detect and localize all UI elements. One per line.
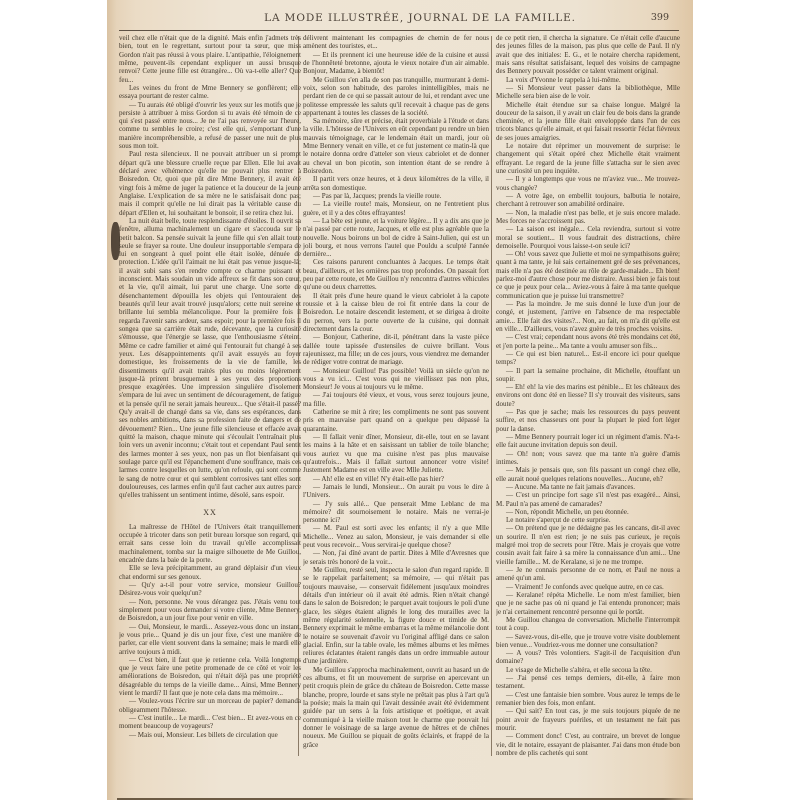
paragraph: — Je ne connais personne de ce nom, et P… bbox=[496, 566, 680, 583]
paragraph: — Non, j'ai dîné avant de partir. Dites … bbox=[303, 549, 489, 566]
paragraph: — Oui, Monsieur, le mardi... Asseyez-vou… bbox=[119, 623, 301, 656]
text-column-left: veil chez elle n'était que de la dignité… bbox=[119, 34, 301, 792]
paragraph: Me Guillou s'approcha machinalement, ouv… bbox=[303, 666, 489, 749]
paragraph: La nuit était belle, toute resplendissan… bbox=[119, 217, 301, 500]
paragraph: Le notaire s'aperçut de cette surprise. bbox=[496, 516, 680, 524]
paragraph: — La saison est inégale... Cela reviendr… bbox=[496, 225, 680, 250]
paragraph: — Bonjour, Catherine, dit-il, pénétrant … bbox=[303, 333, 489, 366]
paragraph: — C'est une fantaisie bien sombre. Vous … bbox=[496, 691, 680, 708]
paragraph: délivrent maintenant les compagnies de c… bbox=[303, 34, 489, 51]
paragraph: — A votre âge, on embellit toujours, bal… bbox=[496, 192, 680, 209]
paragraph: Le notaire dut réprimer un mouvement de … bbox=[496, 142, 680, 175]
paragraph: — Comment donc! C'est, au contraire, un … bbox=[496, 732, 680, 757]
paragraph: — A vous? Très volontiers. S'agit-il de … bbox=[496, 649, 680, 666]
paragraph: — J'ai pensé ces temps derniers, dit-ell… bbox=[496, 674, 680, 691]
paragraph: — C'est inutile... Le mardi... C'est bie… bbox=[119, 714, 301, 731]
paragraph: — Il part la semaine prochaine, dit Mich… bbox=[496, 367, 680, 384]
paragraph: — Keralane! répéta Michelle. Le nom m'es… bbox=[496, 591, 680, 616]
paragraph: Il partit vers onze heures, et à deux ki… bbox=[303, 175, 489, 192]
paragraph: — Non, répondit Michelle, un peu étonnée… bbox=[496, 508, 680, 516]
paragraph: Les veines du front de Mme Bennery se go… bbox=[119, 84, 301, 101]
paragraph: — Il fallait venir dîner, Monsieur, dit-… bbox=[303, 433, 489, 475]
column-body-continued: La maîtresse de l'Hôtel de l'Univers éta… bbox=[119, 523, 301, 739]
paragraph: — Voulez-vous l'écrire sur un morceau de… bbox=[119, 697, 301, 714]
paragraph: — M. Paul est sorti avec les enfants; il… bbox=[303, 524, 489, 549]
paragraph: — Pas la moindre. Je me suis donné le lu… bbox=[496, 300, 680, 333]
journal-title: LA MODE ILLUSTRÉE, JOURNAL DE LA FAMILLE… bbox=[264, 12, 576, 24]
paragraph: — Mais oui, Monsieur. Les billets de cir… bbox=[119, 731, 301, 739]
text-column-right: de ce petit rien, il chercha la signatur… bbox=[496, 34, 680, 792]
paragraph: — Savez-vous, dit-elle, que je trouve vo… bbox=[496, 633, 680, 650]
column-body: de ce petit rien, il chercha la signatur… bbox=[496, 34, 680, 757]
paragraph: — Ah! elle est en ville! N'y était-elle … bbox=[303, 475, 489, 483]
paragraph: — J'ai toujours été vieux, et vous, vous… bbox=[303, 391, 489, 408]
column-divider bbox=[491, 36, 492, 756]
paragraph: de ce petit rien, il chercha la signatur… bbox=[496, 34, 680, 76]
paragraph: — Qu'y a-t-il pour votre service, monsie… bbox=[119, 581, 301, 598]
paragraph: Ces raisons parurent concluantes à Jacqu… bbox=[303, 258, 489, 291]
paragraph: — J'y suis allé... Que penserait Mme Leb… bbox=[303, 500, 489, 525]
chapter-heading: XX bbox=[119, 509, 301, 517]
paragraph: — La bête est jeune, et la voiture légèr… bbox=[303, 217, 489, 259]
running-header: LA MODE ILLUSTRÉE, JOURNAL DE LA FAMILLE… bbox=[121, 12, 679, 28]
paragraph: — C'est vrai; cependant nous avons été t… bbox=[496, 333, 680, 350]
paragraph: — Oh! vous savez que Juliette et moi ne … bbox=[496, 250, 680, 300]
page-number: 399 bbox=[651, 12, 669, 23]
paragraph: Sa mémoire, sûre et précise, était prove… bbox=[303, 117, 489, 175]
paragraph: — Mme Bennery pourrait loger ici un régi… bbox=[496, 433, 680, 450]
paragraph: Le visage de Michelle s'altéra, et elle … bbox=[496, 666, 680, 674]
paragraph: Paul resta silencieux. Il ne pouvait att… bbox=[119, 150, 301, 217]
column-body: délivrent maintenant les compagnies de c… bbox=[303, 34, 489, 749]
text-column-middle: délivrent maintenant les compagnies de c… bbox=[303, 34, 489, 792]
paragraph: Michelle était étendue sur sa chaise lon… bbox=[496, 101, 680, 143]
paragraph: Catherine se mit à rire; les compliments… bbox=[303, 408, 489, 433]
paragraph: — Oh! non; vous savez que ma tante n'a g… bbox=[496, 450, 680, 467]
paragraph: — Mais je pensais que, son fils passant … bbox=[496, 466, 680, 483]
paragraph: — C'est bien, il faut que je retienne ce… bbox=[119, 656, 301, 698]
paragraph: — Ce qui est bien naturel... Est-il enco… bbox=[496, 350, 680, 367]
paragraph: — Jamais le lundi, Monsieur... On aurait… bbox=[303, 483, 489, 500]
paragraph: Il était près d'une heure quand le vieux… bbox=[303, 292, 489, 334]
newspaper-page: LA MODE ILLUSTRÉE, JOURNAL DE LA FAMILLE… bbox=[107, 0, 693, 800]
paragraph: — Aucune. Ma tante ne fait jamais d'avan… bbox=[496, 483, 680, 491]
paragraph: — C'est un principe fort sage s'il n'est… bbox=[496, 491, 680, 508]
paragraph: La maîtresse de l'Hôtel de l'Univers éta… bbox=[119, 523, 301, 565]
paragraph: — Tu aurais été obligé d'ouvrir les yeux… bbox=[119, 101, 301, 151]
paragraph: — Non, la maladie n'est pas belle, et je… bbox=[496, 209, 680, 226]
paragraph: Me Guillou, resté seul, inspecta le salo… bbox=[303, 566, 489, 666]
paragraph: — Si Monsieur veut passer dans la biblio… bbox=[496, 84, 680, 101]
paragraph: — Il y a longtemps que vous ne m'aviez v… bbox=[496, 175, 680, 192]
paragraph: — Pas par là, Jacques; prends la vieille… bbox=[303, 192, 489, 200]
paragraph: — Pas que je sache; mais les ressources … bbox=[496, 408, 680, 433]
paragraph: La voix d'Yvonne le rappela à lui-même. bbox=[496, 76, 680, 84]
paragraph: Me Guillou s'en alla de son pas tranquil… bbox=[303, 76, 489, 118]
paragraph: — Et ils prennent ici une heureuse idée … bbox=[303, 51, 489, 76]
paragraph: Me Guillou changea de conversation. Mich… bbox=[496, 616, 680, 633]
paragraph: Elle se leva précipitamment, au grand dé… bbox=[119, 564, 301, 581]
paragraph: — Monsieur Guillou! Pas possible! Voilà … bbox=[303, 367, 489, 392]
paragraph: veil chez elle n'était que de la dignité… bbox=[119, 34, 301, 84]
paragraph: — Vraiment! Je confonds avec quelque aut… bbox=[496, 583, 680, 591]
paragraph: — Eh! eh! la vie des marins est pénible.… bbox=[496, 383, 680, 408]
paragraph: — On prétend que je ne dédaigne pas les … bbox=[496, 524, 680, 566]
paragraph: — La vieille route! mais, Monsieur, on n… bbox=[303, 200, 489, 217]
header-rule bbox=[119, 30, 679, 31]
paragraph: — Qui sait? En tout cas, je me suis touj… bbox=[496, 707, 680, 732]
paragraph: — Non, personne. Ne vous dérangez pas. J… bbox=[119, 598, 301, 623]
column-body: veil chez elle n'était que de la dignité… bbox=[119, 34, 301, 500]
